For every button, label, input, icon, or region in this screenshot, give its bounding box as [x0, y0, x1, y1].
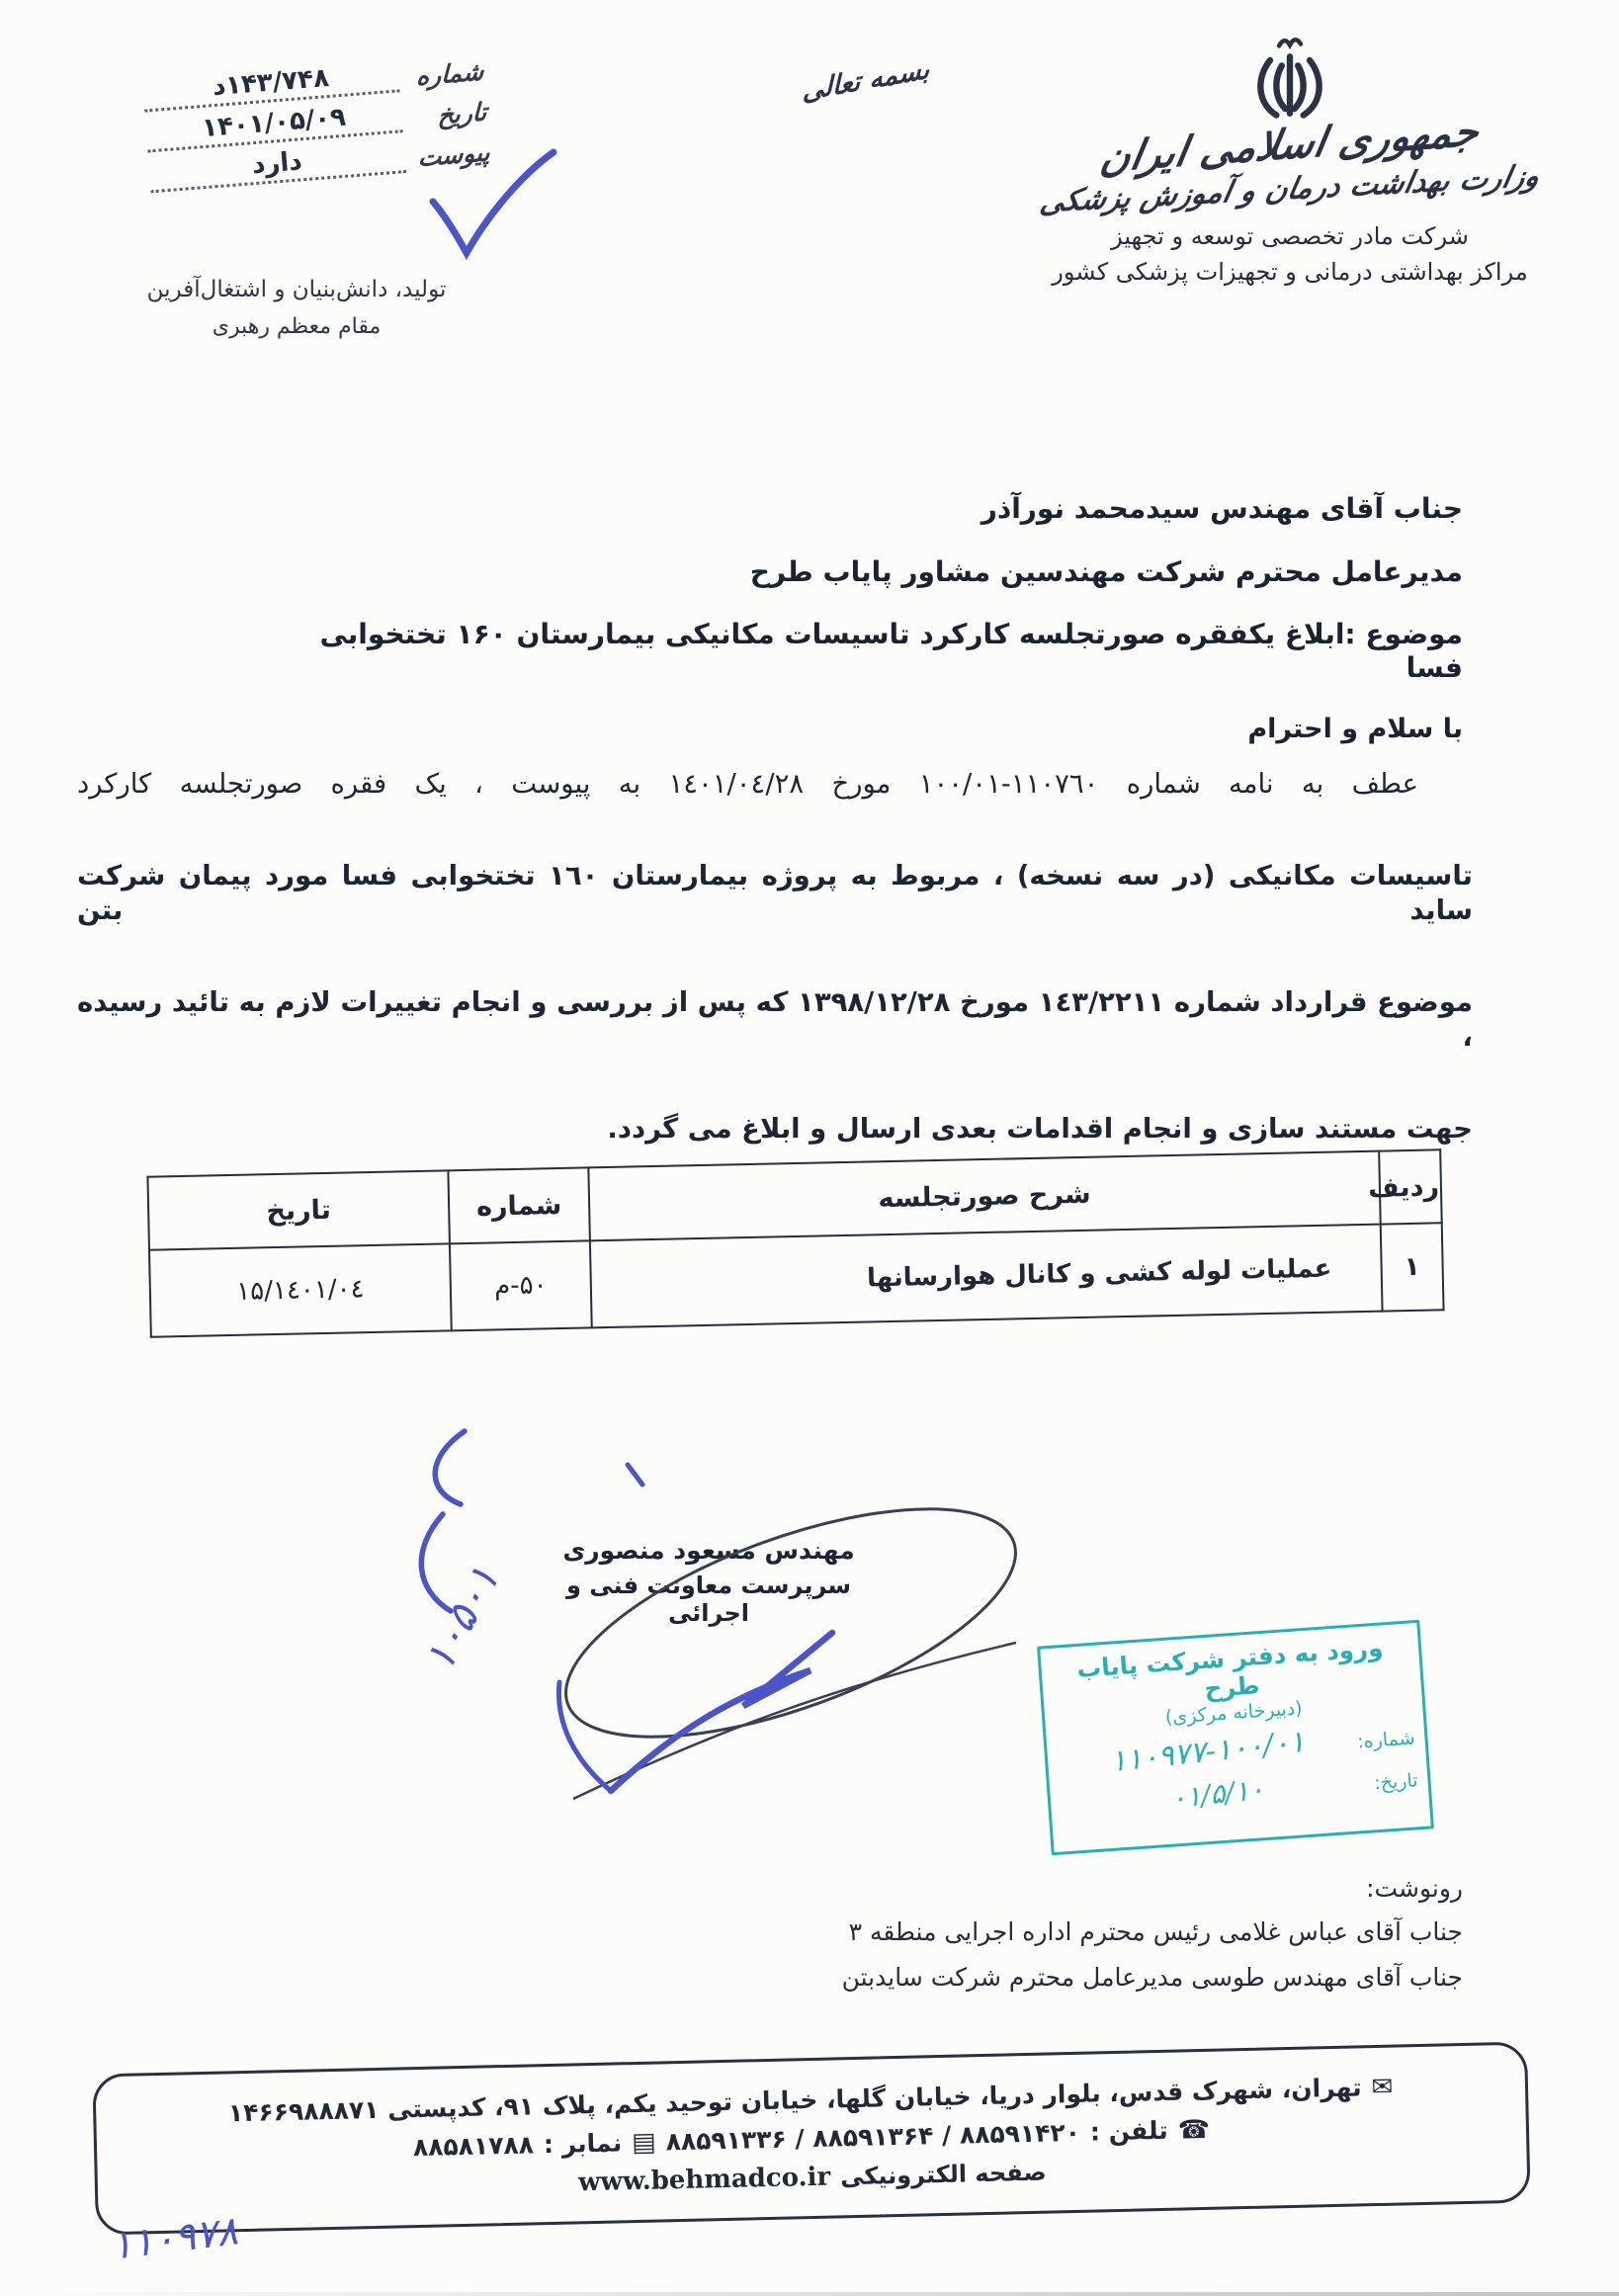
slogan-line2: مقام معظم رهبری: [109, 314, 484, 339]
handwritten-number: ۱۰۵۰۱: [414, 1482, 550, 1679]
letterhead-org-line1: شرکت مادر تخصصی توسعه و تجهیز: [988, 222, 1591, 250]
subject-line: موضوع :ابلاغ یکفقره صورتجلسه کارکرد تاسی…: [277, 618, 1463, 684]
footer-address-line: ✉ تهران، شهرک قدس، بلوار دریا، خیابان گل…: [228, 2072, 1394, 2128]
body-line-4: جهت مستند سازی و انجام اقدامات بعدی ارسا…: [77, 1112, 1473, 1146]
footer-contact-box: ✉ تهران، شهرک قدس، بلوار دریا، خیابان گل…: [92, 2042, 1530, 2236]
stamp-number-label: شماره:: [1357, 1727, 1416, 1752]
letterhead: جمهوری اسلامی ایران وزارت بهداشت درمان و…: [988, 30, 1591, 286]
cell-description: عملیات لوله کشی و کانال هوارسانها: [590, 1225, 1383, 1328]
cc-block: رونوشت: جناب آقای عباس غلامی رئیس محترم …: [376, 1874, 1463, 2008]
body-line-3: موضوع قرارداد شماره ۱٤۳/۲۲۱۱ مورخ ۱۳۹۸/۱…: [77, 985, 1473, 1054]
ref-date-label: تاریخ: [401, 97, 486, 132]
body-line-2: تاسیسات مکانیکی (در سه نسخه) ، مربوط به …: [77, 859, 1473, 927]
footer-phone-numbers: ۸۸۵۹۱۴۲۰ / ۸۸۵۹۱۳۶۴ / ۸۸۵۹۱۳۳۶: [665, 2118, 1080, 2157]
check-mark-icon: [423, 144, 561, 265]
scan-edge-shadow: [0, 2292, 1619, 2296]
recipient-title: مدیرعامل محترم شرکت مهندسین مشاور پایاب …: [277, 555, 1463, 589]
scanned-letter-page: شماره ۱۴۳/۷۴۸د تاریخ ۱۴۰۱/۰۵/۰۹ پیوست دا…: [0, 0, 1619, 2296]
minutes-table: ردیف شرح صورتجلسه شماره تاریخ ۱ عملیات ل…: [146, 1148, 1444, 1337]
cc-line-1: جناب آقای عباس غلامی رئیس محترم اداره اج…: [376, 1917, 1463, 1946]
year-slogan: تولید، دانش‌بنیان و اشتغال‌آفرین مقام مع…: [109, 277, 484, 339]
stamp-date-label: تاریخ:: [1374, 1769, 1419, 1794]
cc-line-2: جناب آقای مهندس طوسی مدیرعامل محترم شرکت…: [376, 1963, 1463, 1992]
footer-fax-label: نمابر :: [544, 2128, 623, 2159]
salutation: با سلام و احترام: [277, 714, 1463, 744]
footer-web-label: صفحه الکترونیکی: [840, 2158, 1047, 2190]
besmellah-text: بسمه تعالی: [759, 46, 974, 116]
footer-web-url: www.behmadco.ir: [578, 2162, 831, 2197]
slogan-line1: تولید، دانش‌بنیان و اشتغال‌آفرین: [109, 277, 484, 302]
ref-number-label: شماره: [398, 56, 483, 92]
envelope-icon: ✉: [1371, 2072, 1393, 2101]
footer-fax-number: ۸۸۵۸۱۷۸۸: [413, 2130, 535, 2162]
footer-phone-label: تلفن :: [1090, 2116, 1168, 2147]
letter-body: عطف به نامه شماره ۱۱۰۷٦۰-۱۰۰/۰۱ مورخ ۱٤۰…: [77, 767, 1473, 1146]
signer-name: مهندس مسعود منصوری: [546, 1536, 872, 1565]
footer-phone-line: ☎ تلفن : ۸۸۵۹۱۴۲۰ / ۸۸۵۹۱۳۶۴ / ۸۸۵۹۱۳۳۶ …: [413, 2114, 1211, 2162]
signer-title: سرپرست معاونت فنی و اجرائی: [546, 1572, 872, 1627]
footer-web-line: صفحه الکترونیکی www.behmadco.ir: [578, 2157, 1047, 2197]
phone-icon: ☎: [1177, 2114, 1210, 2145]
header-number: شماره: [448, 1167, 590, 1243]
recipient-name: جناب آقای مهندس سیدمحمد نورآذر: [277, 492, 1463, 526]
header-row-number: ردیف: [1379, 1149, 1442, 1224]
fax-icon: ▤: [632, 2127, 656, 2158]
cell-date: ۱٤۰۱/۰٤/۱۵: [149, 1243, 452, 1336]
cell-number: ۵۰-م: [450, 1240, 592, 1330]
letterhead-org-line2: مراکز بهداشتی درمانی و تجهیزات پزشکی کشو…: [988, 258, 1591, 286]
cc-label: رونوشت:: [376, 1874, 1463, 1903]
signer-block: مهندس مسعود منصوری سرپرست معاونت فنی و ا…: [546, 1536, 872, 1627]
entry-stamp: ورود به دفتر شرکت پایاب طرح (دبیرخانه مر…: [1037, 1620, 1434, 1856]
header-date: تاریخ: [147, 1170, 449, 1249]
body-line-1: عطف به نامه شماره ۱۱۰۷٦۰-۱۰۰/۰۱ مورخ ۱٤۰…: [77, 767, 1473, 801]
iran-emblem-icon: [1244, 30, 1335, 130]
cell-row-number: ۱: [1381, 1223, 1444, 1311]
recipient-block: جناب آقای مهندس سیدمحمد نورآذر مدیرعامل …: [277, 492, 1463, 744]
